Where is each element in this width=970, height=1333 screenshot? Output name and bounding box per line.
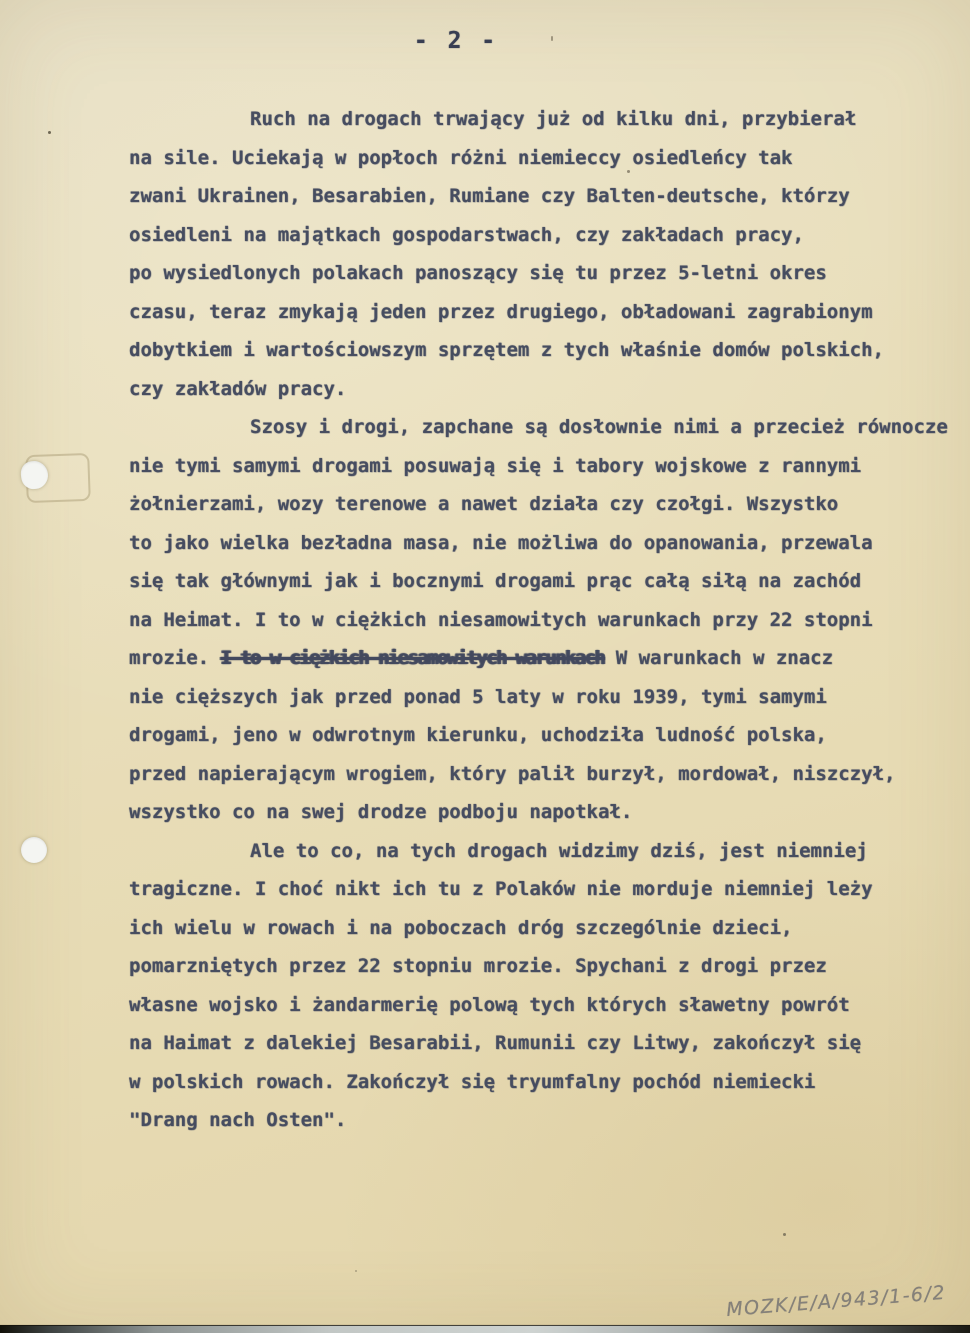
text-line: osiedleni na majątkach gospodarstwach, c…: [129, 216, 964, 255]
text-line: dobytkiem i wartościowszym sprzętem z ty…: [129, 331, 964, 370]
scan-bottom-edge: [0, 1325, 970, 1333]
paper-speck: [48, 131, 51, 134]
page-number: - 2 -: [396, 28, 516, 54]
text-line: się tak głównymi jak i bocznymi drogami …: [129, 562, 964, 601]
text-line: pomarzniętych przez 22 stopniu mrozie. S…: [129, 947, 964, 986]
text-line: w polskich rowach. Zakończył się tryumfa…: [129, 1063, 964, 1102]
text-line: na sile. Uciekają w popłoch różni niemie…: [129, 139, 964, 178]
text-line: zwani Ukrainen, Besarabien, Rumiane czy …: [129, 177, 964, 216]
text-line: tragiczne. I choć nikt ich tu z Polaków …: [129, 870, 964, 909]
text-line: nie tymi samymi drogami posuwają się i t…: [129, 447, 964, 486]
text-line: na Haimat z dalekiej Besarabii, Rumunii …: [129, 1024, 964, 1063]
text-line: "Drang nach Osten".: [129, 1101, 964, 1140]
handwritten-archive-reference: MOZK/E/A/943/1-6/2: [725, 1281, 956, 1321]
text-line: ich wielu w rowach i na poboczach dróg s…: [129, 909, 964, 948]
text-line: Ruch na drogach trwający już od kilku dn…: [129, 100, 964, 139]
text-line: nie cięższych jak przed ponad 5 laty w r…: [129, 678, 964, 717]
text-line: po wysiedlonych polakach panoszący się t…: [129, 254, 964, 293]
paper-speck: [783, 1233, 786, 1236]
paper-speck: [355, 1270, 357, 1272]
text-line: Ale to co, na tych drogach widzimy dziś,…: [129, 832, 964, 871]
punch-hole-bottom: [21, 837, 47, 863]
paper-speck: [627, 170, 630, 173]
strike-line-pre: mrozie.: [129, 647, 221, 669]
text-line: drogami, jeno w odwrotnym kierunku, ucho…: [129, 716, 964, 755]
text-line: czy zakładów pracy.: [129, 370, 964, 409]
text-line: żołnierzami, wozy terenowe a nawet dział…: [129, 485, 964, 524]
text-line: Szosy i drogi, zapchane są dosłownie nim…: [129, 408, 964, 447]
document-page: - 2 - Ruch na drogach trwający już od ki…: [0, 0, 970, 1333]
text-line-with-strikeout: mrozie. I to w ciężkich niesamowitych wa…: [129, 639, 964, 678]
typewritten-text: Ruch na drogach trwający już od kilku dn…: [129, 100, 964, 1140]
text-line: na Heimat. I to w ciężkich niesamowitych…: [129, 601, 964, 640]
text-line: czasu, teraz zmykają jeden przez drugieg…: [129, 293, 964, 332]
text-line: wszystko co na swej drodze podboju napot…: [129, 793, 964, 832]
struck-out-text: I to w ciężkich niesamowitych warunkach: [221, 647, 605, 669]
paper-speck: [551, 36, 553, 41]
paper-speck: [204, 962, 206, 964]
strike-line-post: W warunkach w znacz: [604, 647, 833, 669]
text-line: przed napierającym wrogiem, który palił …: [129, 755, 964, 794]
text-line: to jako wielka bezładna masa, nie możliw…: [129, 524, 964, 563]
text-line: własne wojsko i żandarmerię polową tych …: [129, 986, 964, 1025]
